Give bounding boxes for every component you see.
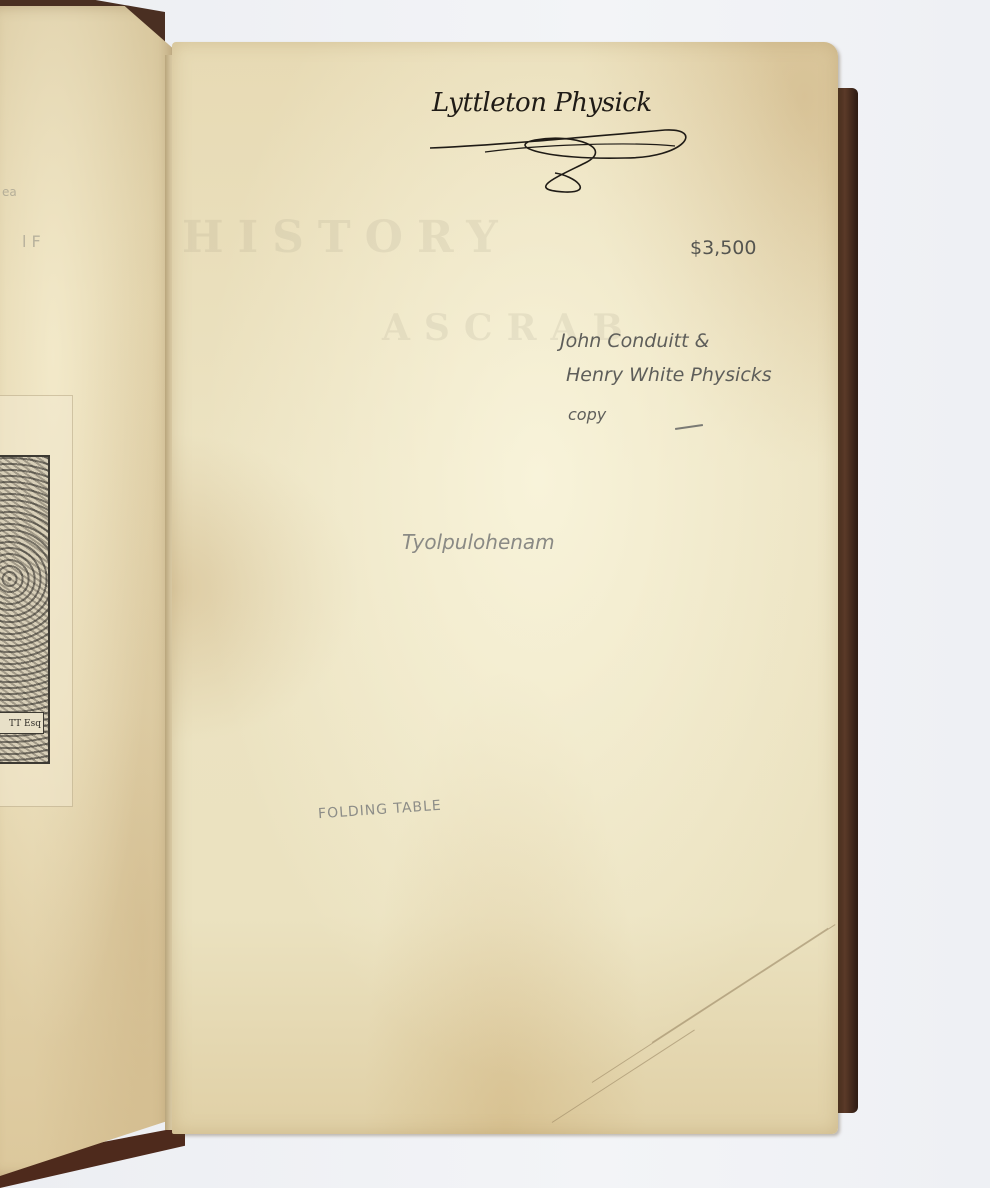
provenance-note-line2: Henry White Physicks	[566, 364, 772, 386]
left-pencil-mark-2: l F	[22, 232, 41, 251]
dealer-code: Tyolpulohenam	[402, 530, 555, 554]
page-crease	[552, 1029, 695, 1122]
right-page: HISTORY ASCRAB	[172, 42, 838, 1134]
page-crease	[652, 928, 829, 1043]
book-photo: TT Esq ea l F HISTORY ASCRAB Lyttleton P…	[0, 0, 990, 1188]
price-annotation: $3,500	[690, 237, 756, 259]
left-pencil-mark-1: ea	[2, 185, 17, 199]
ink-signature: Lyttleton Physick	[432, 88, 702, 118]
bookplate-label: TT Esq	[0, 712, 44, 734]
page-crease	[592, 924, 836, 1083]
provenance-note-line3: copy	[568, 405, 606, 424]
signature-flourish-icon	[425, 118, 705, 198]
provenance-note-line1: John Conduitt &	[560, 330, 709, 352]
show-through-title: HISTORY	[182, 212, 512, 263]
